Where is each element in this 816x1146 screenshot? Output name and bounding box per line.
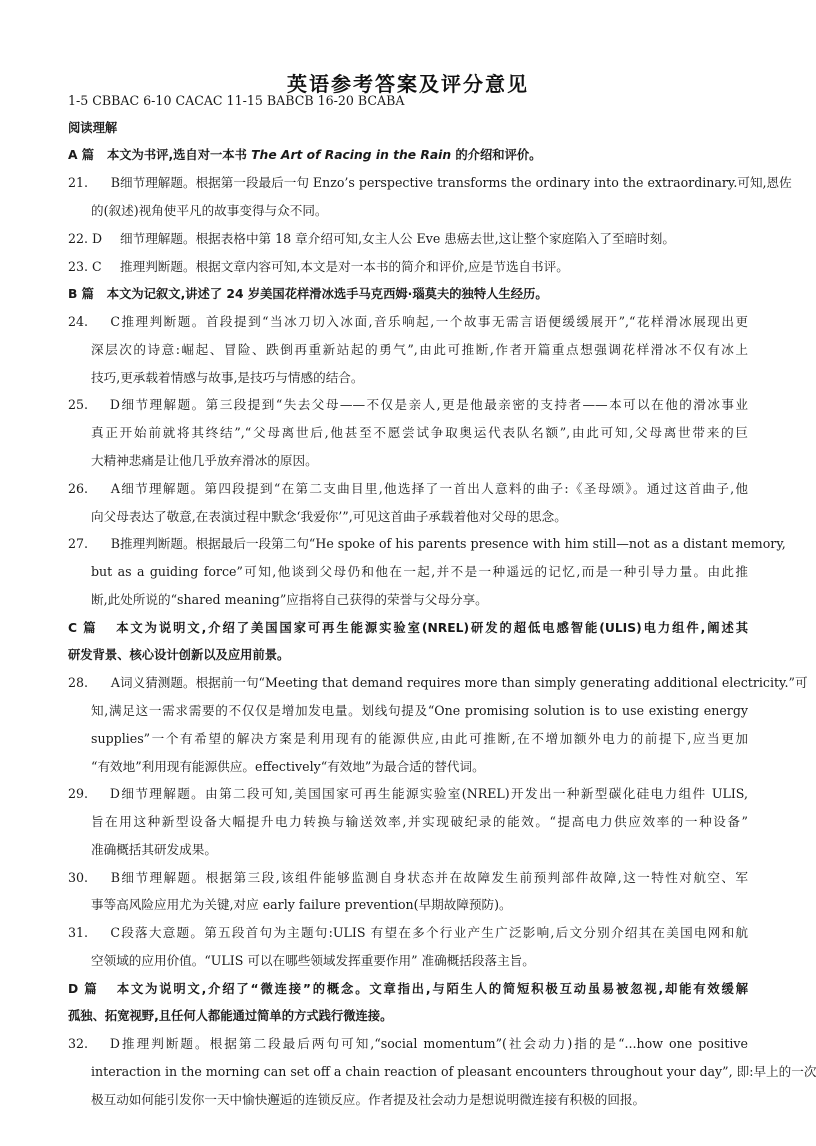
answer-continuation: interaction in the morning can set off a… (91, 1064, 748, 1080)
answer-item: 22. D细节理解题。根据表格中第 18 章介绍可知,女主人公 Eve 患癌去世… (68, 231, 748, 247)
passage-c-intro: C 篇 本文为说明文,介绍了美国国家可再生能源实验室(NREL)研发的超低电感智… (68, 620, 748, 636)
answer-continuation: 极互动如何能引发你一天中愉快邂逅的连锁反应。作者提及社会动力是想说明微连接有积极… (91, 1092, 748, 1108)
answer-key-page: 英语参考答案及评分意见 1-5 CBBAC 6-10 CACAC 11-15 B… (0, 0, 816, 1146)
passage-label: C 篇 (68, 621, 98, 635)
section-heading: 阅读理解 (68, 120, 748, 136)
explanation-text: 词义猜测题。根据前一句“Meeting that demand requires… (120, 675, 808, 690)
answer-item: 26. A细节理解题。第四段提到“在第二支曲目里,他选择了一首出人意料的曲子:《… (68, 481, 748, 497)
passage-label: D 篇 (68, 982, 98, 996)
explanation-text: 细节理解题。第四段提到“在第二支曲目里,他选择了一首出人意料的曲子:《圣母颂》。… (120, 481, 748, 496)
answer-continuation: 大精神悲痛是让他几乎放弃滑冰的原因。 (91, 453, 748, 469)
answer-number: 22. D (68, 231, 120, 247)
answer-item: 29. D细节理解题。由第二段可知,美国国家可再生能源实验室(NREL)开发出一… (68, 786, 748, 802)
explanation-text: 细节理解题。根据第一段最后一句 Enzo’s perspective trans… (120, 175, 792, 190)
answer-item: 32. D推理判断题。根据第二段最后两句可知,“social momentum”… (68, 1036, 748, 1052)
explanation-text: 推理判断题。首段提到“当冰刀切入冰面,音乐响起,一个故事无需言语便缓缓展开”,“… (120, 314, 748, 329)
explanation-text: 细节理解题。由第二段可知,美国国家可再生能源实验室(NREL)开发出一种新型碳化… (120, 786, 748, 801)
passage-b-intro: B 篇 本文为记叙文,讲述了 24 岁美国花样滑冰选手马克西姆·瑙莫夫的独特人生… (68, 286, 748, 302)
intro-text: 的介绍和评价。 (451, 148, 541, 162)
book-title: The Art of Racing in the Rain (251, 148, 451, 162)
answer-number: 21. B (68, 175, 120, 191)
passage-label: A 篇 (68, 148, 94, 162)
answer-continuation: but as a guiding force”可知,他谈到父母仍和他在一起,并不… (91, 564, 748, 580)
intro-text: 本文为说明文,介绍了美国国家可再生能源实验室(NREL)研发的超低电感智能(UL… (116, 621, 748, 635)
answer-number: 24. C (68, 314, 120, 330)
answer-item: 25. D细节理解题。第三段提到“失去父母——不仅是亲人,更是他最亲密的支持者—… (68, 397, 748, 413)
answer-continuation: 空领域的应用价值。“ULIS 可以在哪些领域发挥重要作用” 准确概括段落主旨。 (91, 953, 748, 969)
answer-item: 30. B细节理解题。根据第三段,该组件能够监测自身状态并在故障发生前预判部件故… (68, 870, 748, 886)
answer-number: 29. D (68, 786, 120, 802)
explanation-text: 细节理解题。第三段提到“失去父母——不仅是亲人,更是他最亲密的支持者——本可以在… (120, 397, 748, 412)
intro-text: 本文为记叙文,讲述了 24 岁美国花样滑冰选手马克西姆·瑙莫夫的独特人生经历。 (107, 287, 548, 301)
answer-continuation: “有效地”利用现有能源供应。effectively“有效地”为最合适的替代词。 (91, 759, 748, 775)
answer-continuation: 旨在用这种新型设备大幅提升电力转换与输送效率,并实现破纪录的能效。“提高电力供应… (91, 814, 748, 830)
passage-d-intro-continuation: 孤独、拓宽视野,且任何人都能通过简单的方式践行微连接。 (68, 1008, 748, 1024)
intro-text: 本文为说明文,介绍了“微连接”的概念。文章指出,与陌生人的简短积极互动虽易被忽视… (117, 982, 748, 996)
answer-item: 24. C推理判断题。首段提到“当冰刀切入冰面,音乐响起,一个故事无需言语便缓缓… (68, 314, 748, 330)
answer-item: 21. B细节理解题。根据第一段最后一句 Enzo’s perspective … (68, 175, 748, 191)
answer-continuation: 真正开始前就将其终结”,“父母离世后,他甚至不愿尝试争取奥运代表队名额”,由此可… (91, 425, 748, 441)
answer-continuation: 深层次的诗意:崛起、冒险、跌倒再重新站起的勇气”,由此可推断,作者开篇重点想强调… (91, 342, 748, 358)
explanation-text: 段落大意题。第五段首句为主题句:ULIS 有望在多个行业产生广泛影响,后文分别介… (120, 925, 748, 940)
answer-item: 23. C推理判断题。根据文章内容可知,本文是对一本书的简介和评价,应是节选自书… (68, 259, 748, 275)
answer-number: 31. C (68, 925, 120, 941)
explanation-text: 推理判断题。根据最后一段第二句“He spoke of his parents … (120, 536, 786, 551)
answer-item: 27. B推理判断题。根据最后一段第二句“He spoke of his par… (68, 536, 748, 552)
answer-number: 30. B (68, 870, 120, 886)
answer-number: 27. B (68, 536, 120, 552)
answer-continuation: 知,满足这一需求需要的不仅仅是增加发电量。划线句提及“One promising… (91, 703, 748, 719)
answer-continuation: 断,此处所说的“shared meaning”应指将自己获得的荣誉与父母分享。 (91, 592, 748, 608)
answer-number: 28. A (68, 675, 120, 691)
answer-continuation: 准确概括其研发成果。 (91, 842, 748, 858)
answer-number: 26. A (68, 481, 120, 497)
answer-continuation: 向父母表达了敬意,在表演过程中默念‘我爱你’”,可见这首曲子承载着他对父母的思念… (91, 509, 748, 525)
answer-number: 23. C (68, 259, 120, 275)
multiple-choice-answers: 1-5 CBBAC 6-10 CACAC 11-15 BABCB 16-20 B… (68, 93, 748, 109)
explanation-text: 推理判断题。根据第二段最后两句可知,“social momentum”(社会动力… (120, 1036, 748, 1051)
answer-item: 28. A词义猜测题。根据前一句“Meeting that demand req… (68, 675, 748, 691)
explanation-text: 推理判断题。根据文章内容可知,本文是对一本书的简介和评价,应是节选自书评。 (120, 259, 569, 274)
answer-number: 32. D (68, 1036, 120, 1052)
passage-d-intro: D 篇 本文为说明文,介绍了“微连接”的概念。文章指出,与陌生人的简短积极互动虽… (68, 981, 748, 997)
explanation-text: 细节理解题。根据表格中第 18 章介绍可知,女主人公 Eve 患癌去世,这让整个… (120, 231, 675, 246)
answer-continuation: 的(叙述)视角使平凡的故事变得与众不同。 (91, 203, 748, 219)
answer-number: 25. D (68, 397, 120, 413)
answer-continuation: 事等高风险应用尤为关键,对应 early failure prevention(… (91, 897, 748, 913)
passage-c-intro-continuation: 研发背景、核心设计创新以及应用前景。 (68, 647, 748, 663)
answer-continuation: 技巧,更承载着情感与故事,是技巧与情感的结合。 (91, 370, 748, 386)
passage-label: B 篇 (68, 287, 94, 301)
passage-a-intro: A 篇 本文为书评,选自对一本书 The Art of Racing in th… (68, 147, 748, 163)
answer-item: 31. C段落大意题。第五段首句为主题句:ULIS 有望在多个行业产生广泛影响,… (68, 925, 748, 941)
explanation-text: 细节理解题。根据第三段,该组件能够监测自身状态并在故障发生前预判部件故障,这一特… (120, 870, 748, 885)
answer-continuation: supplies”一个有希望的解决方案是利用现有的能源供应,由此可推断,在不增加… (91, 731, 748, 747)
intro-text: 本文为书评,选自对一本书 (107, 148, 251, 162)
